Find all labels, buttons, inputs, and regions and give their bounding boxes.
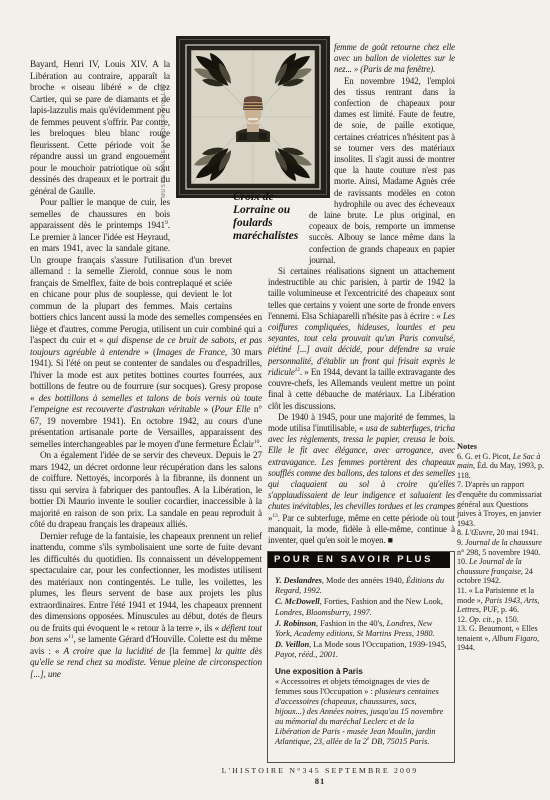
pour-en-savoir-plus-header: POUR EN SAVOIR PLUS [267,551,450,568]
notes-list: 6. G. et G. Picot, Le Sac à main, Éd. du… [457,452,547,653]
page-footer: L'HISTOIRE N°345 SEPTEMBRE 2009 81 [90,766,550,786]
page-number: 81 [90,776,550,786]
notes-column: Notes 6. G. et G. Picot, Le Sac à main, … [457,442,547,653]
photo-credit: MUSÉE GALLIERA/ROGER-VIOLLET [161,86,167,198]
magazine-page: Bayard, Henri IV, Louis XIV. A la Libéra… [0,0,550,800]
scarf-illustration [176,36,330,198]
scarf-photo [176,36,330,198]
exposition-heading: Une exposition à Paris [275,667,448,676]
exposition-text: « Accessoires et objets témoignages de v… [275,677,448,747]
bibliography-list: Y. Deslandres, Mode des années 1940, Édi… [275,576,448,661]
caption-wrap-spacer [232,249,262,309]
notes-heading: Notes [457,442,547,452]
journal-name-footer: L'HISTOIRE N°345 SEPTEMBRE 2009 [90,766,550,775]
pour-en-savoir-plus-box: POUR EN SAVOIR PLUS Y. Deslandres, Mode … [267,551,455,763]
photo-caption: Croix de Lorraine ou foulards maréchalis… [233,191,309,243]
